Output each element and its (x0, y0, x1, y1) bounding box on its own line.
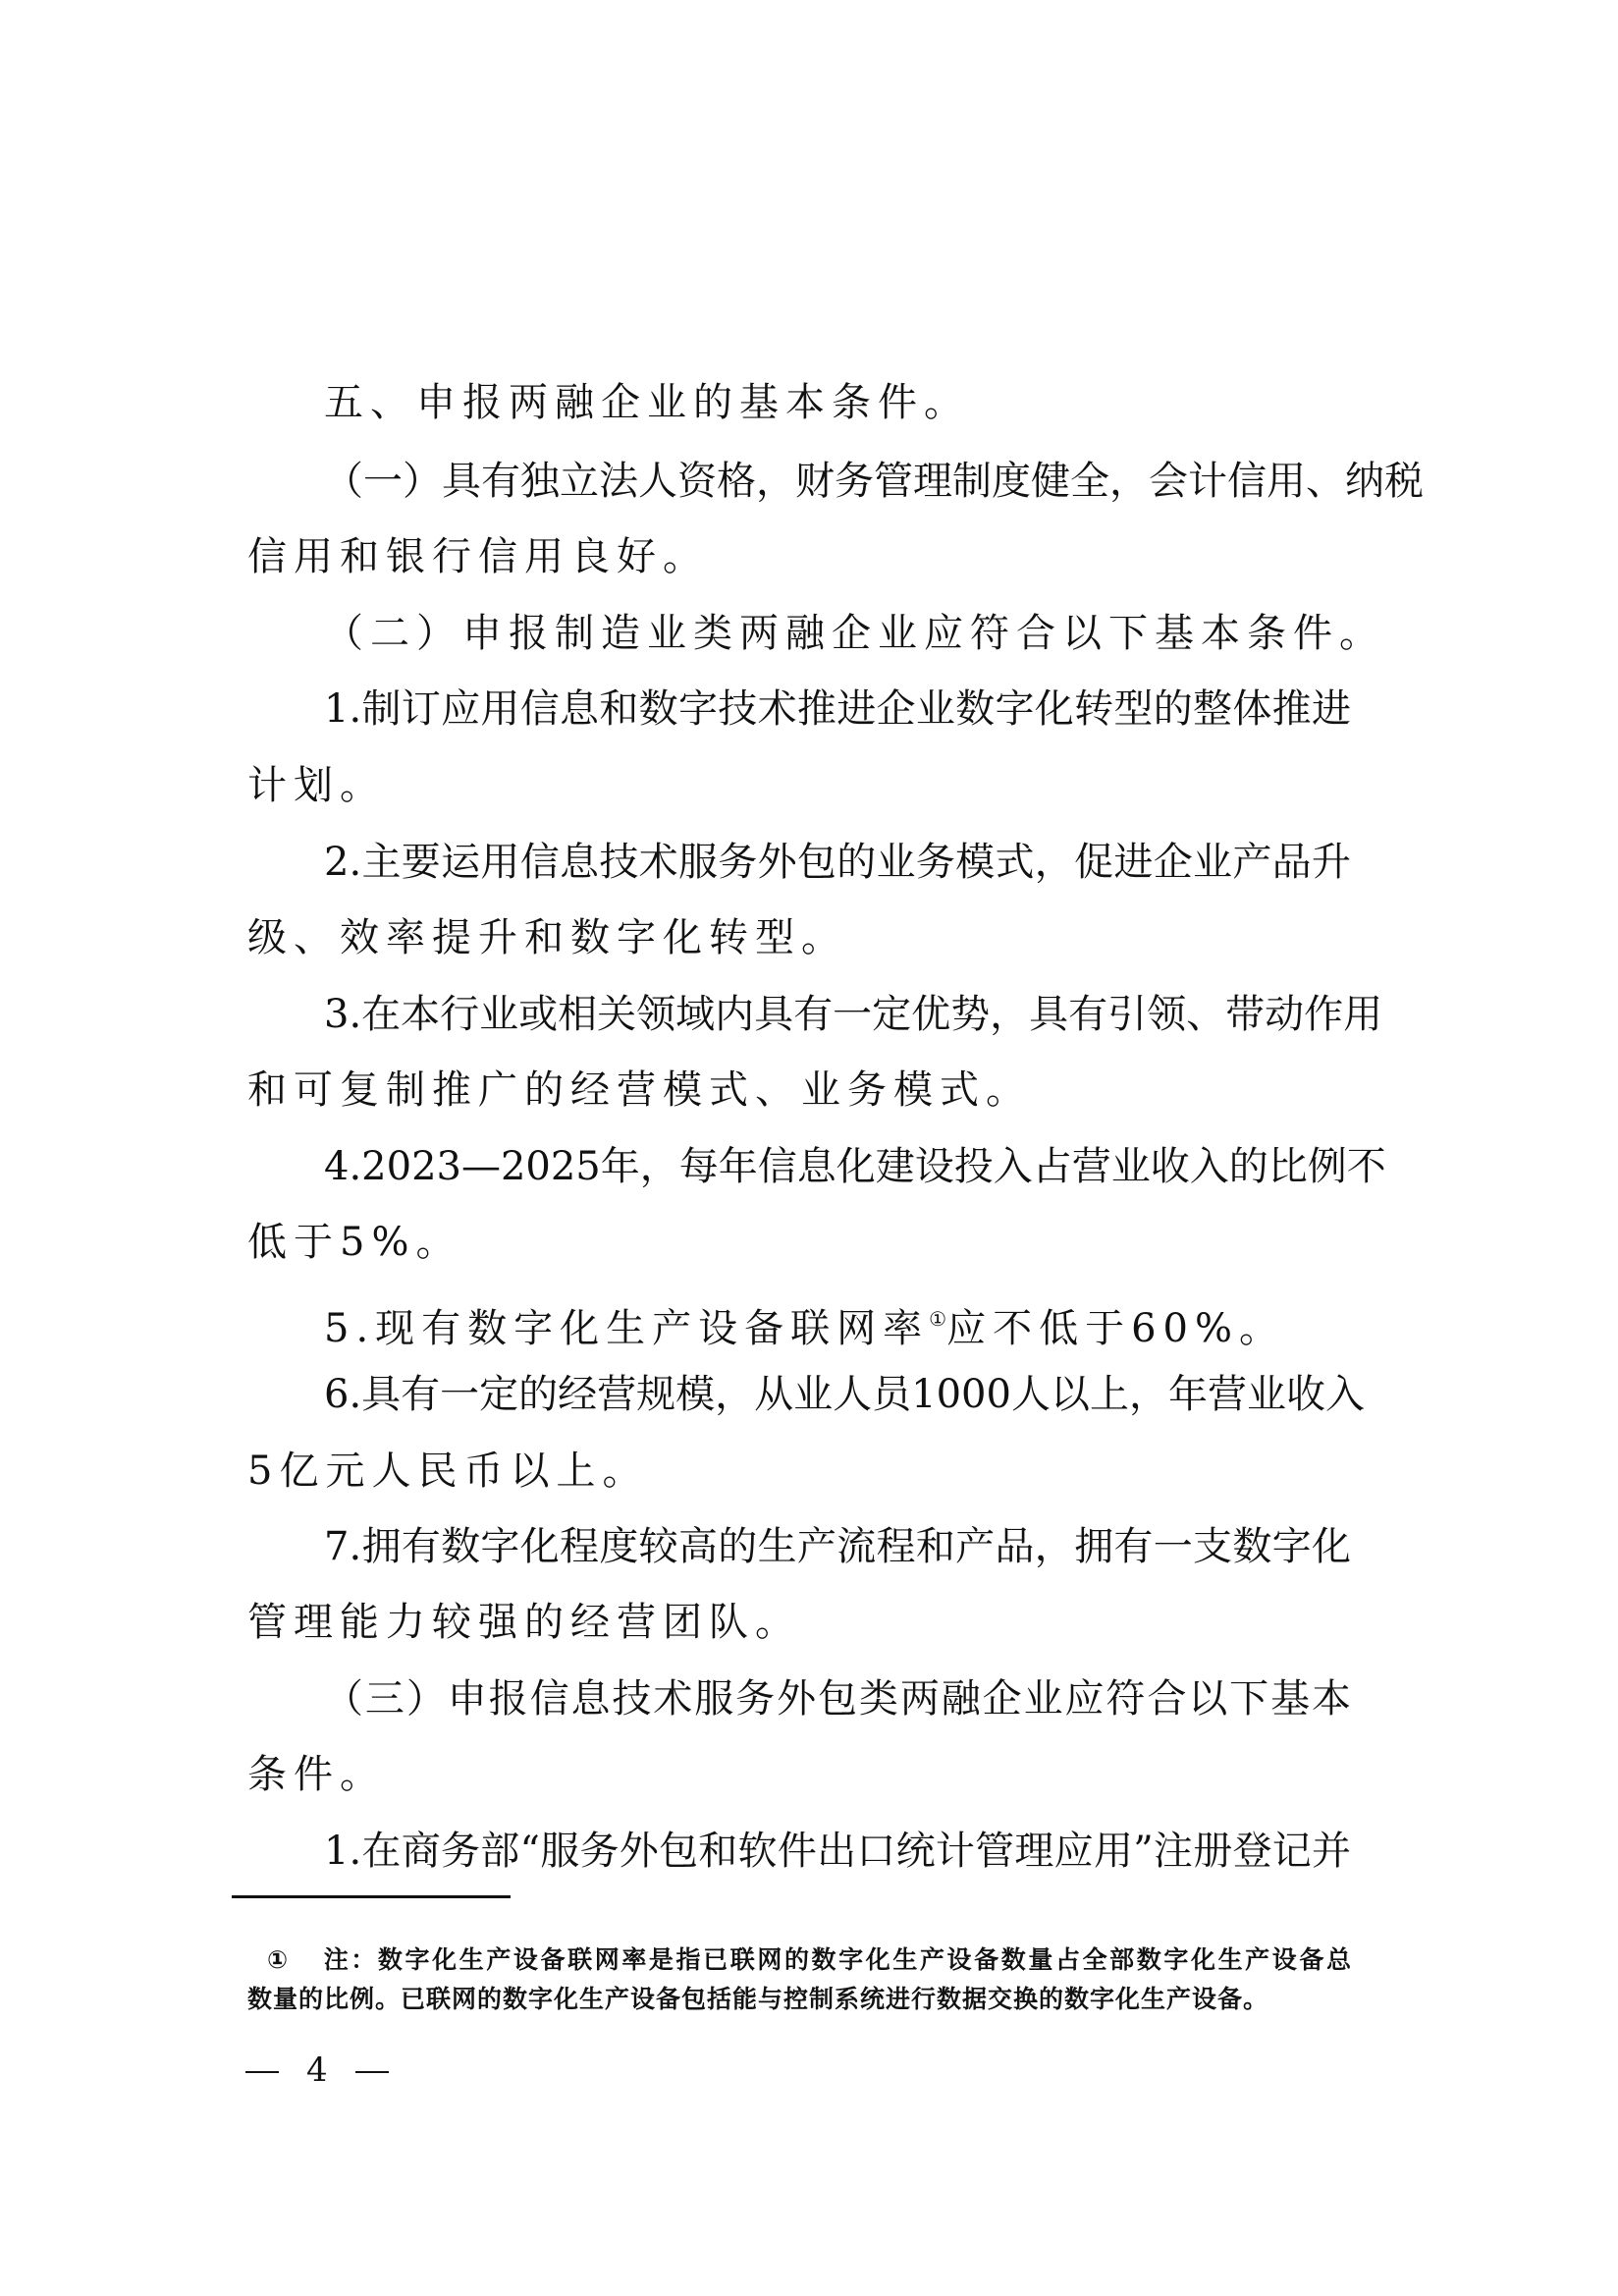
footnote-line-1: ① 注：数字化生产设备联网率是指已联网的数字化生产设备数量占全部数字化生产设备总 (267, 1942, 1351, 1978)
item-6-line-1: 6.具有一定的经营规模，从业人员1000人以上，年营业收入 (324, 1365, 1351, 1424)
item-3-line-2: 和可复制推广的经营模式、业务模式。 (247, 1061, 1351, 1120)
item-2-line-1: 2.主要运用信息技术服务外包的业务模式，促进企业产品升 (324, 833, 1351, 892)
item-3-1-line-1: 1.在商务部“服务外包和软件出口统计管理应用”注册登记并 (324, 1822, 1351, 1881)
document-page: 五、申报两融企业的基本条件。 （一）具有独立法人资格，财务管理制度健全，会计信用… (0, 0, 1618, 2296)
item-4-line-1: 4.2023—2025年，每年信息化建设投入占营业收入的比例不 (324, 1137, 1351, 1196)
footnote-line-2: 数量的比例。已联网的数字化生产设备包括能与控制系统进行数据交换的数字化生产设备。 (247, 1982, 1351, 2017)
footnote-separator (232, 1895, 511, 1898)
page-number: 4 (245, 2050, 389, 2090)
item-5-text-after: 应不低于60%。 (946, 1306, 1285, 1351)
item-6-line-2: 5亿元人民币以上。 (247, 1442, 1351, 1501)
subsection-heading-3-line-1: （三）申报信息技术服务外包类两融企业应符合以下基本 (324, 1669, 1351, 1728)
item-7-line-2: 管理能力较强的经营团队。 (247, 1593, 1351, 1652)
subsection-heading-2: （二）申报制造业类两融企业应符合以下基本条件。 (324, 604, 1351, 663)
item-5: 5.现有数字化生产设备联网率①应不低于60%。 (324, 1289, 1351, 1348)
subsection-heading-3-line-2: 条件。 (247, 1745, 1351, 1804)
item-3-line-1: 3.在本行业或相关领域内具有一定优势，具有引领、带动作用 (324, 985, 1351, 1044)
item-7-line-1: 7.拥有数字化程度较高的生产流程和产品，拥有一支数字化 (324, 1517, 1351, 1576)
item-1-line-1: 1.制订应用信息和数字技术推进企业数字化转型的整体推进 (324, 680, 1351, 738)
page-number-dash-left (245, 2071, 279, 2073)
item-5-text: 5.现有数字化生产设备联网率 (324, 1306, 929, 1351)
footnote-text-1: 注：数字化生产设备联网率是指已联网的数字化生产设备数量占全部数字化生产设备总 (324, 1945, 1351, 1974)
item-4-line-2: 低于5%。 (247, 1213, 1351, 1272)
item-1-line-2: 计划。 (247, 756, 1351, 815)
item-2-line-2: 级、效率提升和数字化转型。 (247, 908, 1351, 967)
paragraph-1-line-1: （一）具有独立法人资格，财务管理制度健全，会计信用、纳税 (324, 452, 1351, 511)
footnote-marker: ① (267, 1945, 291, 1974)
footnote-reference[interactable]: ① (929, 1307, 946, 1331)
page-number-value: 4 (306, 2050, 328, 2090)
page-number-dash-right (355, 2071, 389, 2073)
paragraph-1-line-2: 信用和银行信用良好。 (247, 527, 1351, 586)
section-heading-5: 五、申报两融企业的基本条件。 (324, 373, 1351, 432)
